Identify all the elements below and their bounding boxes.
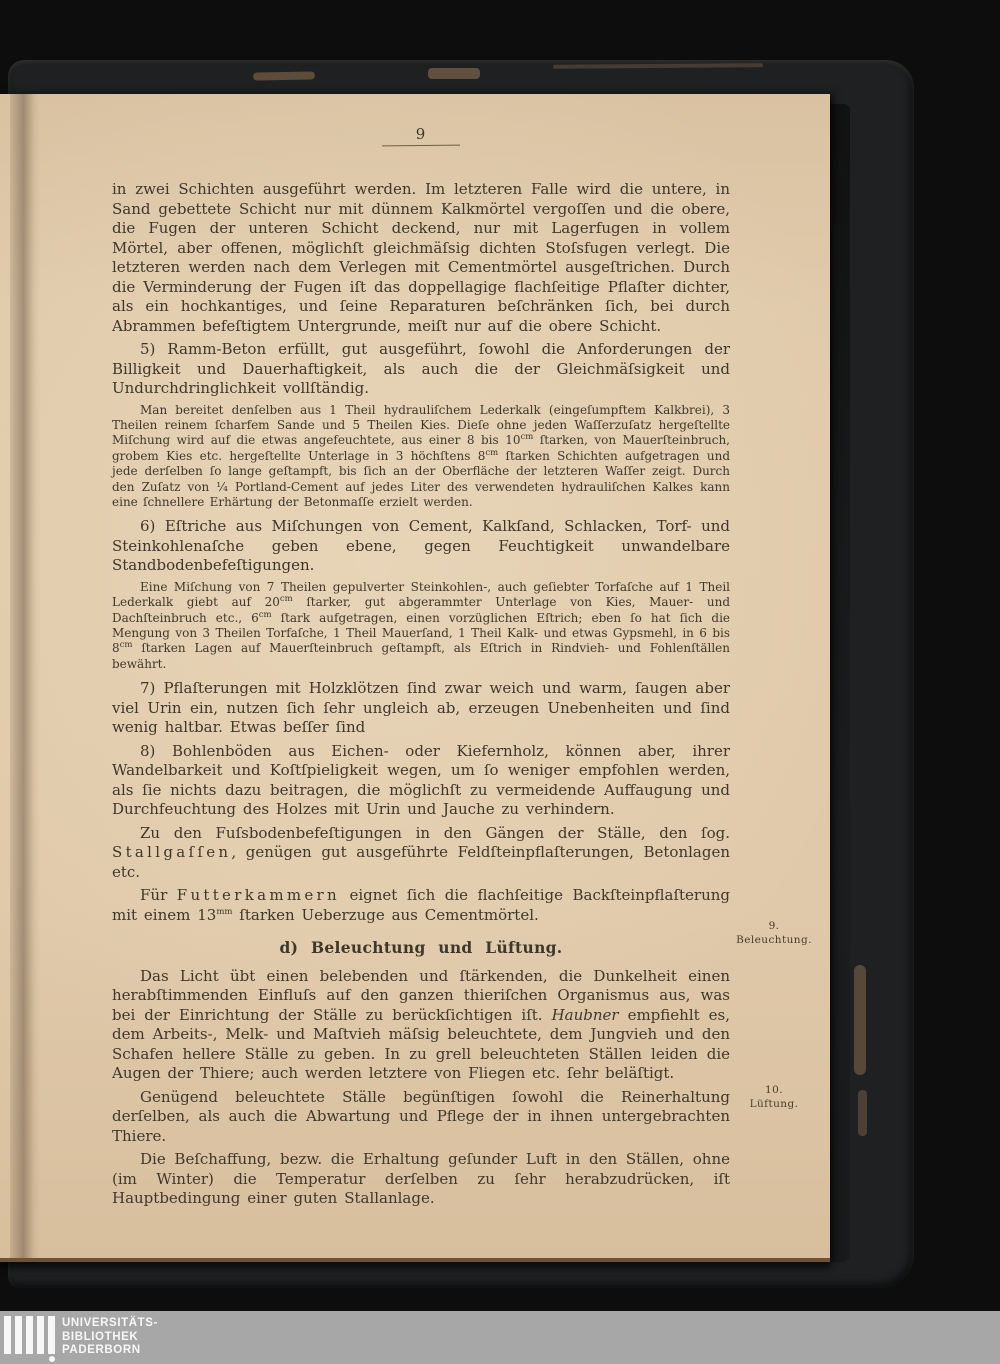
logo-bar	[37, 1316, 44, 1354]
paragraph: Eine Miſchung von 7 Theilen gepulverter …	[112, 580, 730, 672]
paragraph: Die Beſchaffung, bezw. die Erhaltung geſ…	[112, 1150, 730, 1209]
logo-dot	[49, 1356, 55, 1362]
logo-bar	[15, 1316, 22, 1354]
paragraph: Für Futterkammern eignet ſich die flachſ…	[112, 886, 730, 925]
logo-bar	[26, 1316, 33, 1354]
logo-bar	[48, 1316, 55, 1354]
page-number-digit: 9	[382, 126, 460, 143]
margin-note-number: 10.	[734, 1084, 814, 1098]
cover-wear-spot	[553, 63, 763, 68]
margin-note-label: Beleuchtung.	[734, 934, 814, 948]
cover-wear-spot	[858, 1090, 867, 1136]
cover-wear-spot	[253, 71, 315, 80]
margin-note-number: 9.	[734, 920, 814, 934]
paragraph: Genügend beleuchtete Ställe begünſtigen …	[112, 1088, 730, 1147]
scan-background: 9 in zwei Schichten ausgeführt werden. I…	[0, 0, 1000, 1364]
margin-note-lueftung: 10. Lüftung.	[734, 1084, 814, 1111]
library-name-line: BIBLIOTHEK	[62, 1331, 158, 1345]
paragraph: Das Licht übt einen belebenden und ſtärk…	[112, 967, 730, 1084]
paragraph: Man bereitet denſelben aus 1 Theil hydra…	[112, 403, 730, 511]
book-page: 9 in zwei Schichten ausgeführt werden. I…	[0, 94, 830, 1262]
page-number: 9	[382, 126, 460, 146]
library-footer: UNIVERSITÄTS- BIBLIOTHEK PADERBORN	[0, 1311, 1000, 1364]
margin-note-beleuchtung: 9. Beleuchtung.	[734, 920, 814, 947]
paragraph: in zwei Schichten ausgeführt werden. Im …	[112, 180, 730, 336]
section-heading: d) Beleuchtung und Lüftung.	[112, 938, 730, 958]
library-name: UNIVERSITÄTS- BIBLIOTHEK PADERBORN	[62, 1317, 158, 1358]
page-content: 9 in zwei Schichten ausgeführt werden. I…	[112, 94, 730, 1213]
paragraph: Zu den Fuſsbodenbefeſtigungen in den Gän…	[112, 824, 730, 883]
page-number-rule	[382, 145, 460, 147]
library-name-line: UNIVERSITÄTS-	[62, 1317, 158, 1331]
paragraph: 5) Ramm-Beton erfüllt, gut ausgeführt, ſ…	[112, 340, 730, 399]
paragraph: 8) Bohlenböden aus Eichen- oder Kiefernh…	[112, 742, 730, 820]
logo-bar	[4, 1316, 11, 1354]
page-text: in zwei Schichten ausgeführt werden. Im …	[112, 180, 730, 1209]
cover-wear-spot	[854, 965, 866, 1075]
margin-note-label: Lüftung.	[734, 1098, 814, 1112]
gutter-shadow	[10, 94, 40, 1258]
cover-wear-spot	[428, 68, 480, 79]
library-logo-icon	[4, 1316, 60, 1362]
paragraph: 7) Pflaſterungen mit Holzklötzen ſind zw…	[112, 679, 730, 738]
library-name-line: PADERBORN	[62, 1344, 158, 1358]
paragraph: 6) Eſtriche aus Miſchungen von Cement, K…	[112, 517, 730, 576]
